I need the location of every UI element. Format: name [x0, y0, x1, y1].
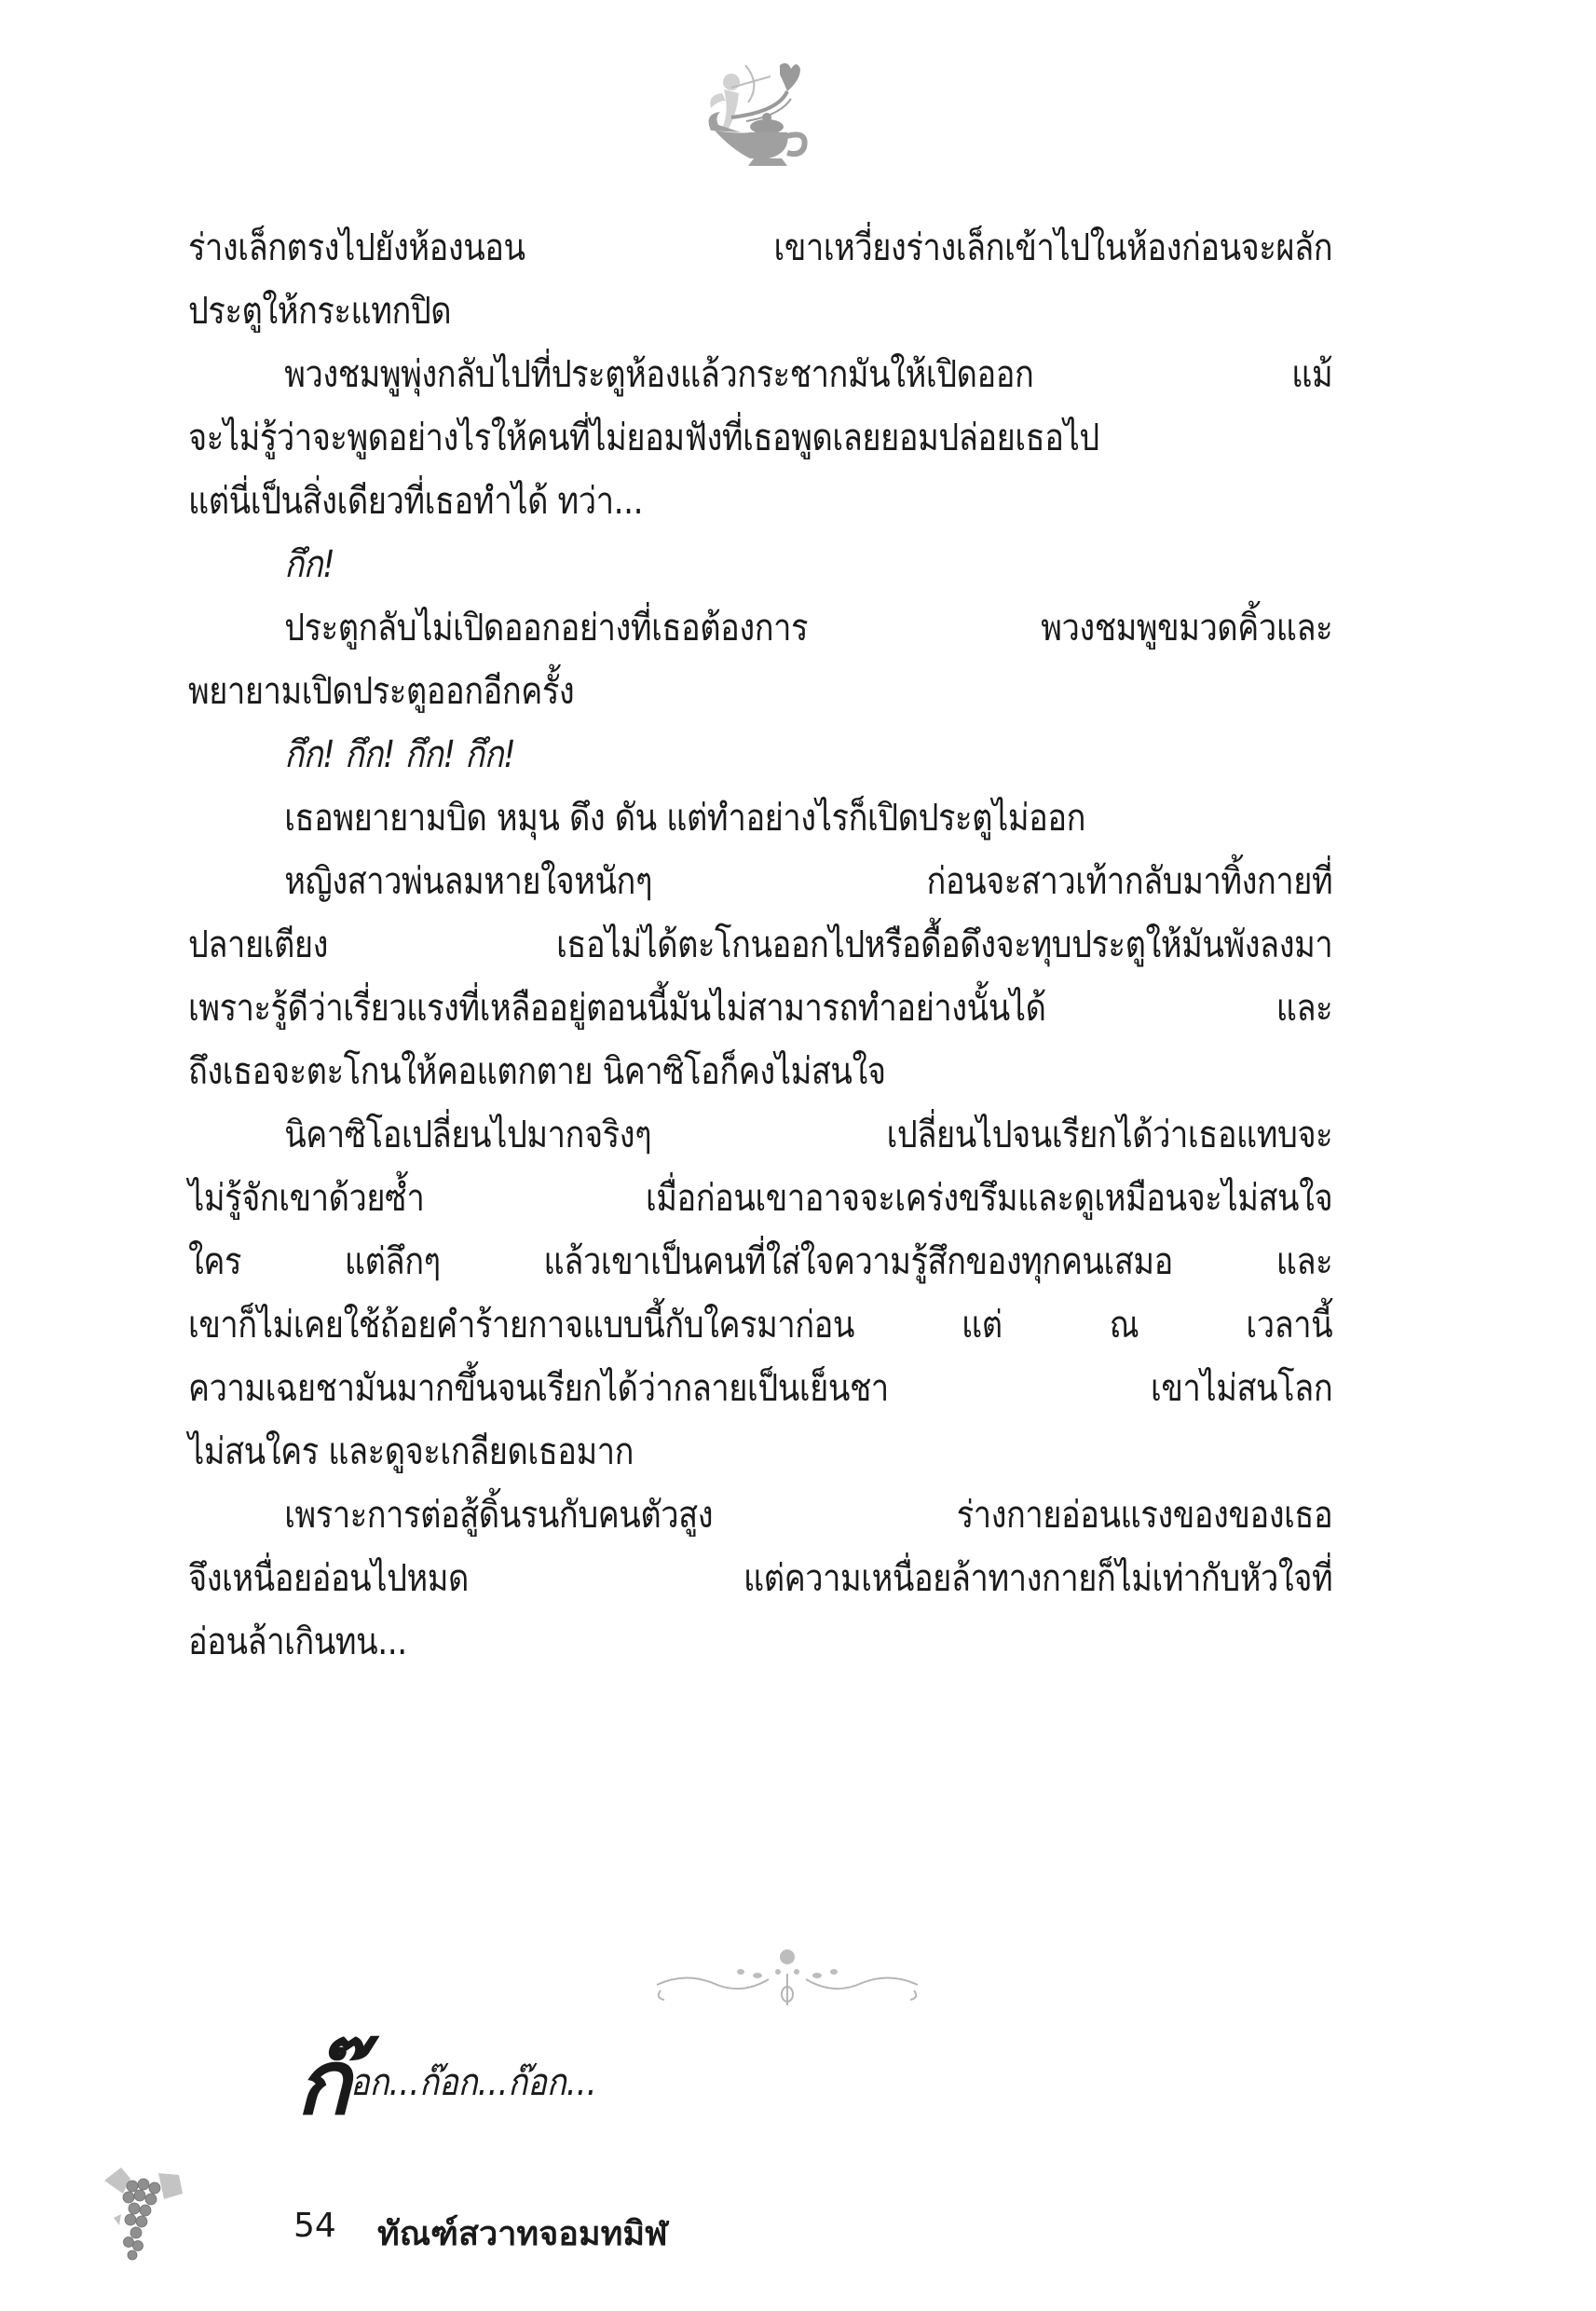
- page-number: 54: [293, 2207, 336, 2245]
- text-line: ไม่สนใคร และดูจะเกลียดเธอมาก: [188, 1420, 1172, 1484]
- text-line: ไม่รู้จักเขาด้วยซ้ำ เมื่อก่อนเขาอาจจะเคร…: [188, 1167, 1332, 1230]
- text-line: ประตูกลับไม่เปิดออกอย่างที่เธอต้องการ พว…: [188, 596, 1332, 660]
- page-body-text: ร่างเล็กตรงไปยังห้องนอน เขาเหวี่ยงร่างเล…: [188, 216, 1332, 1674]
- text-line: จะไม่รู้ว่าจะพูดอย่างไรให้คนที่ไม่ยอมฟัง…: [188, 406, 1332, 470]
- text-line: เพราะรู้ดีว่าเรี่ยวแรงที่เหลืออยู่ตอนนี้…: [188, 977, 1332, 1040]
- text-line: นิคาซิโอเปลี่ยนไปมากจริงๆ เปลี่ยนไปจนเรี…: [188, 1103, 1332, 1167]
- text-line: ถึงเธอจะตะโกนให้คอแตกตาย นิคาซิโอก็คงไม่…: [188, 1040, 1172, 1103]
- rose-flourish-divider-icon: [648, 1946, 927, 2011]
- text-line: แต่นี่เป็นสิ่งเดียวที่เธอทำได้ ทว่า...: [188, 470, 1172, 533]
- text-line: พวงชมพูพุ่งกลับไปที่ประตูห้องแล้วกระชากม…: [188, 343, 1332, 406]
- text-line: ประตูให้กระแทกปิด: [188, 280, 1172, 343]
- drop-cap: ก๊: [296, 2031, 350, 2135]
- section-opening-text: อก...ก๊อก...ก๊อก...: [350, 2031, 597, 2134]
- text-line: เธอพยายามบิด หมุน ดึง ดัน แต่ทำอย่างไรก็…: [188, 786, 1172, 850]
- text-line: เขาก็ไม่เคยใช้ถ้อยคำร้ายกาจแบบนี้กับใครม…: [188, 1293, 1332, 1357]
- page-footer: 54 ทัณฑ์สวาทจอมทมิฬ: [93, 2143, 839, 2311]
- sound-effect-line: กึก! กึก! กึก! กึก!: [188, 723, 1172, 786]
- text-line: จึงเหนื่อยอ่อนไปหมด แต่ความเหนื่อยล้าทาง…: [188, 1547, 1332, 1610]
- text-line: เพราะการต่อสู้ดิ้นรนกับคนตัวสูง ร่างกายอ…: [188, 1484, 1332, 1547]
- text-line: ความเฉยชามันมากขึ้นจนเรียกได้ว่ากลายเป็น…: [188, 1357, 1332, 1420]
- grape-cluster-icon: [102, 2162, 186, 2264]
- text-line: หญิงสาวพ่นลมหายใจหนักๆ ก่อนจะสาวเท้ากลับ…: [188, 850, 1332, 913]
- sound-effect-line: กึก!: [188, 533, 1172, 596]
- text-line: พยายามเปิดประตูออกอีกครั้ง: [188, 660, 1172, 723]
- book-title: ทัณฑ์สวาทจอมทมิฬ: [377, 2207, 668, 2260]
- text-line: ปลายเตียง เธอไม่ได้ตะโกนออกไปหรือดื้อดึง…: [188, 913, 1332, 977]
- text-line: ใคร แต่ลึกๆ แล้วเขาเป็นคนที่ใส่ใจความรู้…: [188, 1230, 1332, 1293]
- genie-lamp-cupid-icon: [694, 56, 815, 168]
- text-line: อ่อนล้าเกินทน...: [188, 1610, 1172, 1674]
- section-opening-line: ก๊อก...ก๊อก...ก๊อก...: [296, 2031, 637, 2143]
- text-line: ร่างเล็กตรงไปยังห้องนอน เขาเหวี่ยงร่างเล…: [188, 216, 1332, 280]
